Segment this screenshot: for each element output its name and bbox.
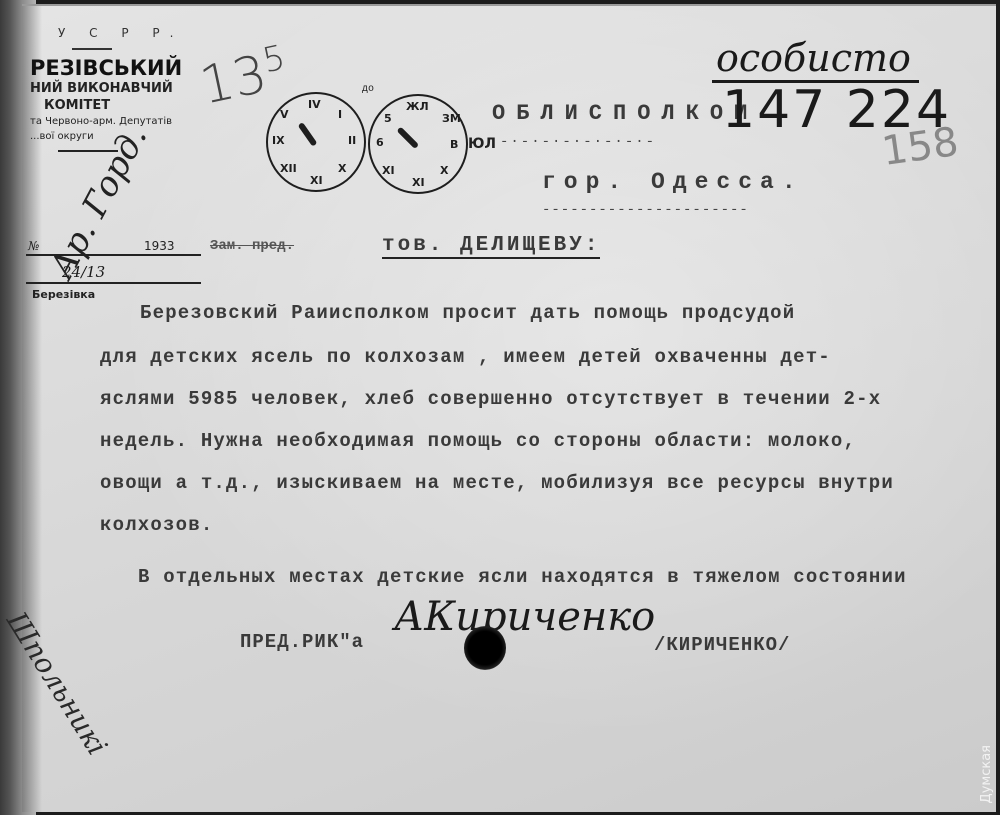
body-closing: В отдельных местах детские ясли находятс… — [138, 566, 907, 588]
letterhead-org-title: РЕЗІВСЬКИЙ — [30, 56, 220, 80]
watermark: Думская — [979, 745, 994, 803]
body-line-4: недель. Нужна необходимая помощь со стор… — [100, 430, 856, 452]
reference-number: № — [28, 239, 39, 253]
city-dashed-rule: ---------------------- — [542, 202, 749, 218]
document-photo: У С Р Р. РЕЗІВСЬКИЙ НИЙ ВИКОНАВЧИЙ КОМІТ… — [0, 0, 1000, 815]
signature-title: ПРЕД.РИК"а — [240, 631, 364, 653]
round-stamp-2: ЖЛ ЗМ В X XI XI 6 5 — [368, 94, 468, 194]
ink-blot — [464, 626, 506, 670]
stamp-prefix: до — [362, 84, 374, 95]
addressee: тов. ДЕЛИЩЕВУ: — [382, 234, 600, 259]
body-line-3: яслями 5985 человек, хлеб совершенно отс… — [100, 388, 881, 410]
round-stamp-1: IV I II X XI XII IX V — [266, 92, 366, 192]
archival-letter: У С Р Р. РЕЗІВСЬКИЙ НИЙ ВИКОНАВЧИЙ КОМІТ… — [22, 4, 996, 812]
body-line-6: колхозов. — [100, 514, 213, 536]
recipient-dashed-rule: -·-·-·-·-·-·-·- — [500, 134, 656, 150]
reference-date: 1933 — [144, 239, 175, 253]
letterhead-org-line2: НИЙ ВИКОНАВЧИЙ — [30, 80, 220, 97]
body-line-5: овощи а т.д., изыскиваем на месте, мобил… — [100, 472, 894, 494]
stamp-fragment: ЮЛ — [468, 136, 496, 152]
body-line-1: Березовский Раиисполком просит дать помо… — [140, 302, 795, 324]
letterhead-rule — [72, 48, 112, 50]
addressee-struck-title: Зам. пред. — [210, 238, 294, 254]
body-line-2: для детских ясель по колхозам , имеем де… — [100, 346, 831, 368]
classification-label: особисто — [712, 36, 919, 83]
handwritten-signature: АКириченко — [394, 594, 655, 640]
letterhead-country: У С Р Р. — [58, 26, 220, 40]
reference-place: Березівка — [32, 288, 201, 301]
archive-page-number: 158 — [879, 119, 961, 175]
recipient-organization: ОБЛИСПОЛКОМ — [492, 101, 758, 126]
letterhead-org-line3: КОМІТЕТ — [44, 97, 220, 114]
recipient-city: гор. Одесса. — [542, 169, 804, 195]
printed-signatory-name: /КИРИЧЕНКО/ — [654, 634, 790, 656]
